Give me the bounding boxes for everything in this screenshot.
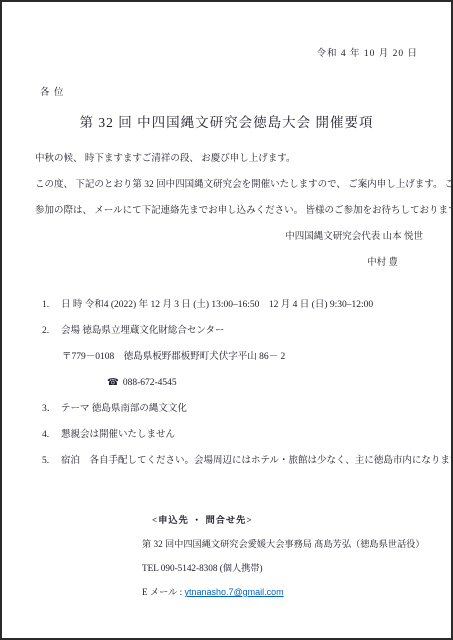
list-item-venue: 2.会場 徳島県立埋蔵文化財総合センター [42, 318, 445, 344]
contact-office: 第 32 回中四国縄文研究会愛媛大会事務局 髙島芳弘（徳島県世話役） [142, 532, 451, 556]
list-item-reception: 4.懇親会は開催いたしません [42, 422, 445, 448]
telephone-icon: ☎ [107, 378, 119, 388]
list-item-number: 1. [42, 292, 61, 318]
list-item-text: 会場 徳島県立埋蔵文化財総合センター [61, 326, 225, 336]
email-label: E メール : [142, 587, 182, 597]
list-item-text: 懇親会は開催いたしません [61, 430, 175, 440]
venue-address: 〒779－0108 徳島県板野郡板野町犬伏字平山 86－ 2 [42, 344, 445, 370]
list-item-datetime: 1.日 時 令和4 (2022) 年 12 月 3 日 (土) 13:00–16… [42, 292, 445, 318]
intro-line-2: 参加の際は、 メールにて下記連絡先までお申し込みください。 皆様のご参加をお待ち… [35, 198, 426, 224]
event-details-list: 1.日 時 令和4 (2022) 年 12 月 3 日 (土) 13:00–16… [2, 292, 451, 474]
signer-primary: 中四国縄文研究会代表 山本 悦世 [2, 224, 451, 250]
salutation: 各 位 [2, 87, 451, 100]
list-item-theme: 3．テーマ 徳島県南部の縄文文化 [42, 396, 445, 422]
list-item-lodging: 5.宿泊 各自手配してください。会場周辺にはホテル・旅館は少なく、主に徳島市内に… [42, 448, 445, 474]
venue-phone-line: ☎088-672-4545 [42, 370, 445, 396]
list-item-text: 日 時 令和4 (2022) 年 12 月 3 日 (土) 13:00–16:5… [61, 300, 373, 310]
document-title: 第 32 回 中四国縄文研究会徳島大会 開催要項 [2, 113, 451, 132]
venue-phone-number: 088-672-4545 [123, 378, 177, 388]
contact-email-line: E メール : ytnanasho.7@gmail.com [142, 580, 451, 604]
contact-section: <申込先 ・ 問合せ先> 第 32 回中四国縄文研究会愛媛大会事務局 髙島芳弘（… [2, 508, 451, 604]
signer-secondary: 中村 豊 [2, 250, 451, 276]
list-item-number: 5. [42, 448, 61, 474]
list-item-text: テーマ 徳島県南部の縄文文化 [61, 404, 187, 414]
list-item-number: 4. [42, 422, 61, 448]
document-date: 令和 4 年 10 月 20 日 [2, 48, 451, 61]
contact-tel: TEL 090-5142-8308 (個人携帯) [142, 556, 451, 580]
intro-line-1: この度、 下記のとおり第 32 回中四国縄文研究会を開催いたしますので、 ご案内… [35, 172, 426, 198]
email-link[interactable]: ytnanasho.7@gmail.com [184, 587, 283, 597]
letter-body: 中秋の候、 時下ますますご清祥の段、 お慶び申し上げます。 この度、 下記のとお… [2, 146, 451, 224]
list-item-number: 3． [42, 396, 61, 422]
document-page: 令和 4 年 10 月 20 日 各 位 第 32 回 中四国縄文研究会徳島大会… [0, 0, 453, 640]
contact-heading: <申込先 ・ 問合せ先> [142, 508, 451, 532]
list-item-text: 宿泊 各自手配してください。会場周辺にはホテル・旅館は少なく、主に徳島市内になり… [61, 456, 453, 466]
greeting-line: 中秋の候、 時下ますますご清祥の段、 お慶び申し上げます。 [35, 146, 426, 172]
list-item-number: 2. [42, 318, 61, 344]
